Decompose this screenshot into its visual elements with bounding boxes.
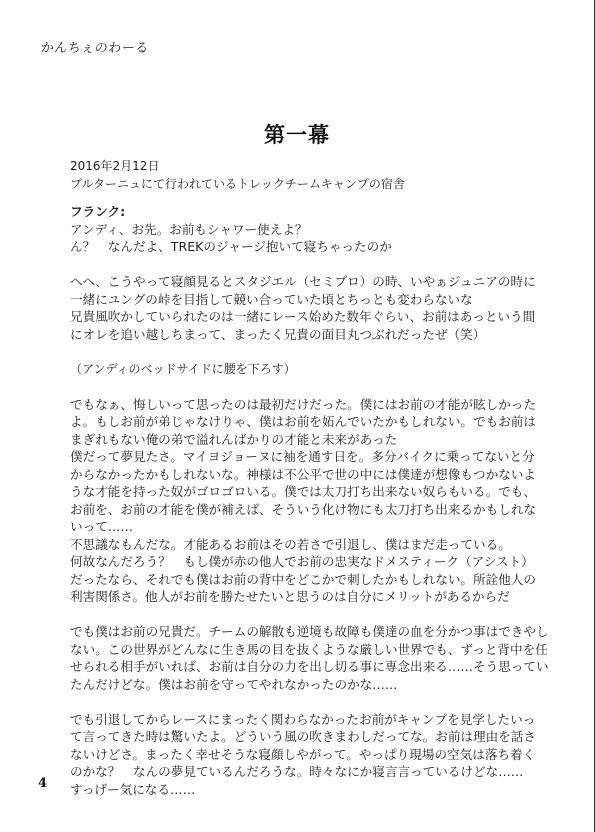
scene-meta: 2016年2月12日 ブルターニュにて行われているトレックチームキャンプの宿舎	[70, 158, 540, 193]
chapter-title: 第一幕	[0, 119, 594, 149]
paragraph-line: 僕だって夢見たさ。マイヨジョーヌに袖を通す日を。多分バイクに乗ってないと分	[70, 448, 540, 466]
paragraph-line: 不思議なもんだな。才能あるお前はその若さで引退し、僕はまだ走っている。	[70, 536, 540, 554]
spacer	[70, 343, 540, 361]
page-number: 4	[38, 776, 47, 791]
paragraph-line: うな才能を持った奴がゴロゴロいる。僕では太刀打ち出来ない奴らもいる。でも、	[70, 483, 540, 501]
paragraph-3: でも僕はお前の兄貴だ。チームの解散も逆境も故障も僕達の血を分かつ事はできやし な…	[70, 623, 540, 693]
header-logo-text: かんちぇのわーる	[40, 37, 150, 56]
paragraph-line: ないけどさ。まったく幸せそうな寝顔しやがって。やっぱり現場の空気は落ち着く	[70, 746, 540, 764]
paragraph-line: 兄貴風吹かしていられたのは一緒にレース始めた数年ぐらい、お前はあっという間	[70, 308, 540, 326]
spacer	[70, 693, 540, 711]
paragraph-2: でもなぁ、悔しいって思ったのは最初だけだった。僕にはお前の才能が眩しかった よ。…	[70, 396, 540, 606]
document-page: かんちぇのわーる 第一幕 2016年2月12日 ブルターニュにて行われているトレ…	[0, 0, 595, 832]
paragraph-line: まぎれもない俺の弟で溢れんばかりの才能と未来があった	[70, 431, 540, 449]
paragraph-line: でもなぁ、悔しいって思ったのは最初だけだった。僕にはお前の才能が眩しかった	[70, 396, 540, 414]
dialogue-line: ん？ なんだよ、TREKのジャージ抱いて寝ちゃったのか	[70, 238, 540, 256]
paragraph-line: いって……	[70, 518, 540, 536]
paragraph-line: たんだけどな。僕はお前を守ってやれなかったのかな……	[70, 676, 540, 694]
speaker-name: フランク:	[70, 203, 540, 221]
paragraph-line: にオレを追い越しちまって、まったく兄貴の面目丸つぶれだったぜ（笑）	[70, 326, 540, 344]
paragraph-line: のかな？ なんの夢見ているんだろうな。時々なにか寝言言っているけどな……	[70, 763, 540, 781]
paragraph-line: ない。この世界がどんなに生き馬の目を抜くような厳しい世界でも、ずっと背中を任	[70, 641, 540, 659]
document-body: 2016年2月12日 ブルターニュにて行われているトレックチームキャンプの宿舎 …	[70, 158, 540, 798]
paragraph-line: よ。もしお前が弟じゃなけりゃ、僕はお前を妬んでいたかもしれない。でもお前は	[70, 413, 540, 431]
spacer	[70, 378, 540, 396]
paragraph-line: 何故なんだろう？ もし僕が赤の他人でお前の忠実なドメスティーク（アシスト）	[70, 553, 540, 571]
paragraph-line: 一緒にユングの峠を目指して競い合っていた頃とちっとも変わらないな	[70, 291, 540, 309]
stage-direction: （アンディのベッドサイドに腰を下ろす）	[70, 361, 540, 379]
paragraph-line: 利害関係さ。他人がお前を勝たせたいと思うのは自分にメリットがあるからだ	[70, 588, 540, 606]
spacer	[70, 193, 540, 203]
paragraph-1: へへ、こうやって寝顔見るとスタジエル（セミプロ）の時、いやぁジュニアの時に 一緒…	[70, 273, 540, 343]
paragraph-line: お前を、お前の才能を僕が補えば、そういう化け物にも太刀打ち出来るかもしれな	[70, 501, 540, 519]
paragraph-line: でも僕はお前の兄貴だ。チームの解散も逆境も故障も僕達の血を分かつ事はできやし	[70, 623, 540, 641]
spacer	[70, 606, 540, 624]
scene-location: ブルターニュにて行われているトレックチームキャンプの宿舎	[70, 176, 540, 194]
paragraph-line: せられる相手がいれば、お前は自分の力を出し切る事に専念出来る……そう思ってい	[70, 658, 540, 676]
paragraph-line: へへ、こうやって寝顔見るとスタジエル（セミプロ）の時、いやぁジュニアの時に	[70, 273, 540, 291]
paragraph-4: でも引退してからレースにまったく関わらなかったお前がキャンプを見学したいっ て言…	[70, 711, 540, 799]
paragraph-line: て言ってきた時は驚いたよ。どういう風の吹きまわしだってな。お前は理由を話さ	[70, 728, 540, 746]
paragraph-line: すっげー気になる……	[70, 781, 540, 799]
dialogue-line: アンディ、お先。お前もシャワー使えよ？	[70, 221, 540, 239]
scene-date: 2016年2月12日	[70, 158, 540, 176]
paragraph-line: でも引退してからレースにまったく関わらなかったお前がキャンプを見学したいっ	[70, 711, 540, 729]
paragraph-line: からなかったかもしれないな。神様は不公平で世の中には僕達が想像もつかないよ	[70, 466, 540, 484]
spacer	[70, 256, 540, 274]
paragraph-line: だったなら、それでも僕はお前の背中をどこかで刺したかもしれない。所詮他人の	[70, 571, 540, 589]
